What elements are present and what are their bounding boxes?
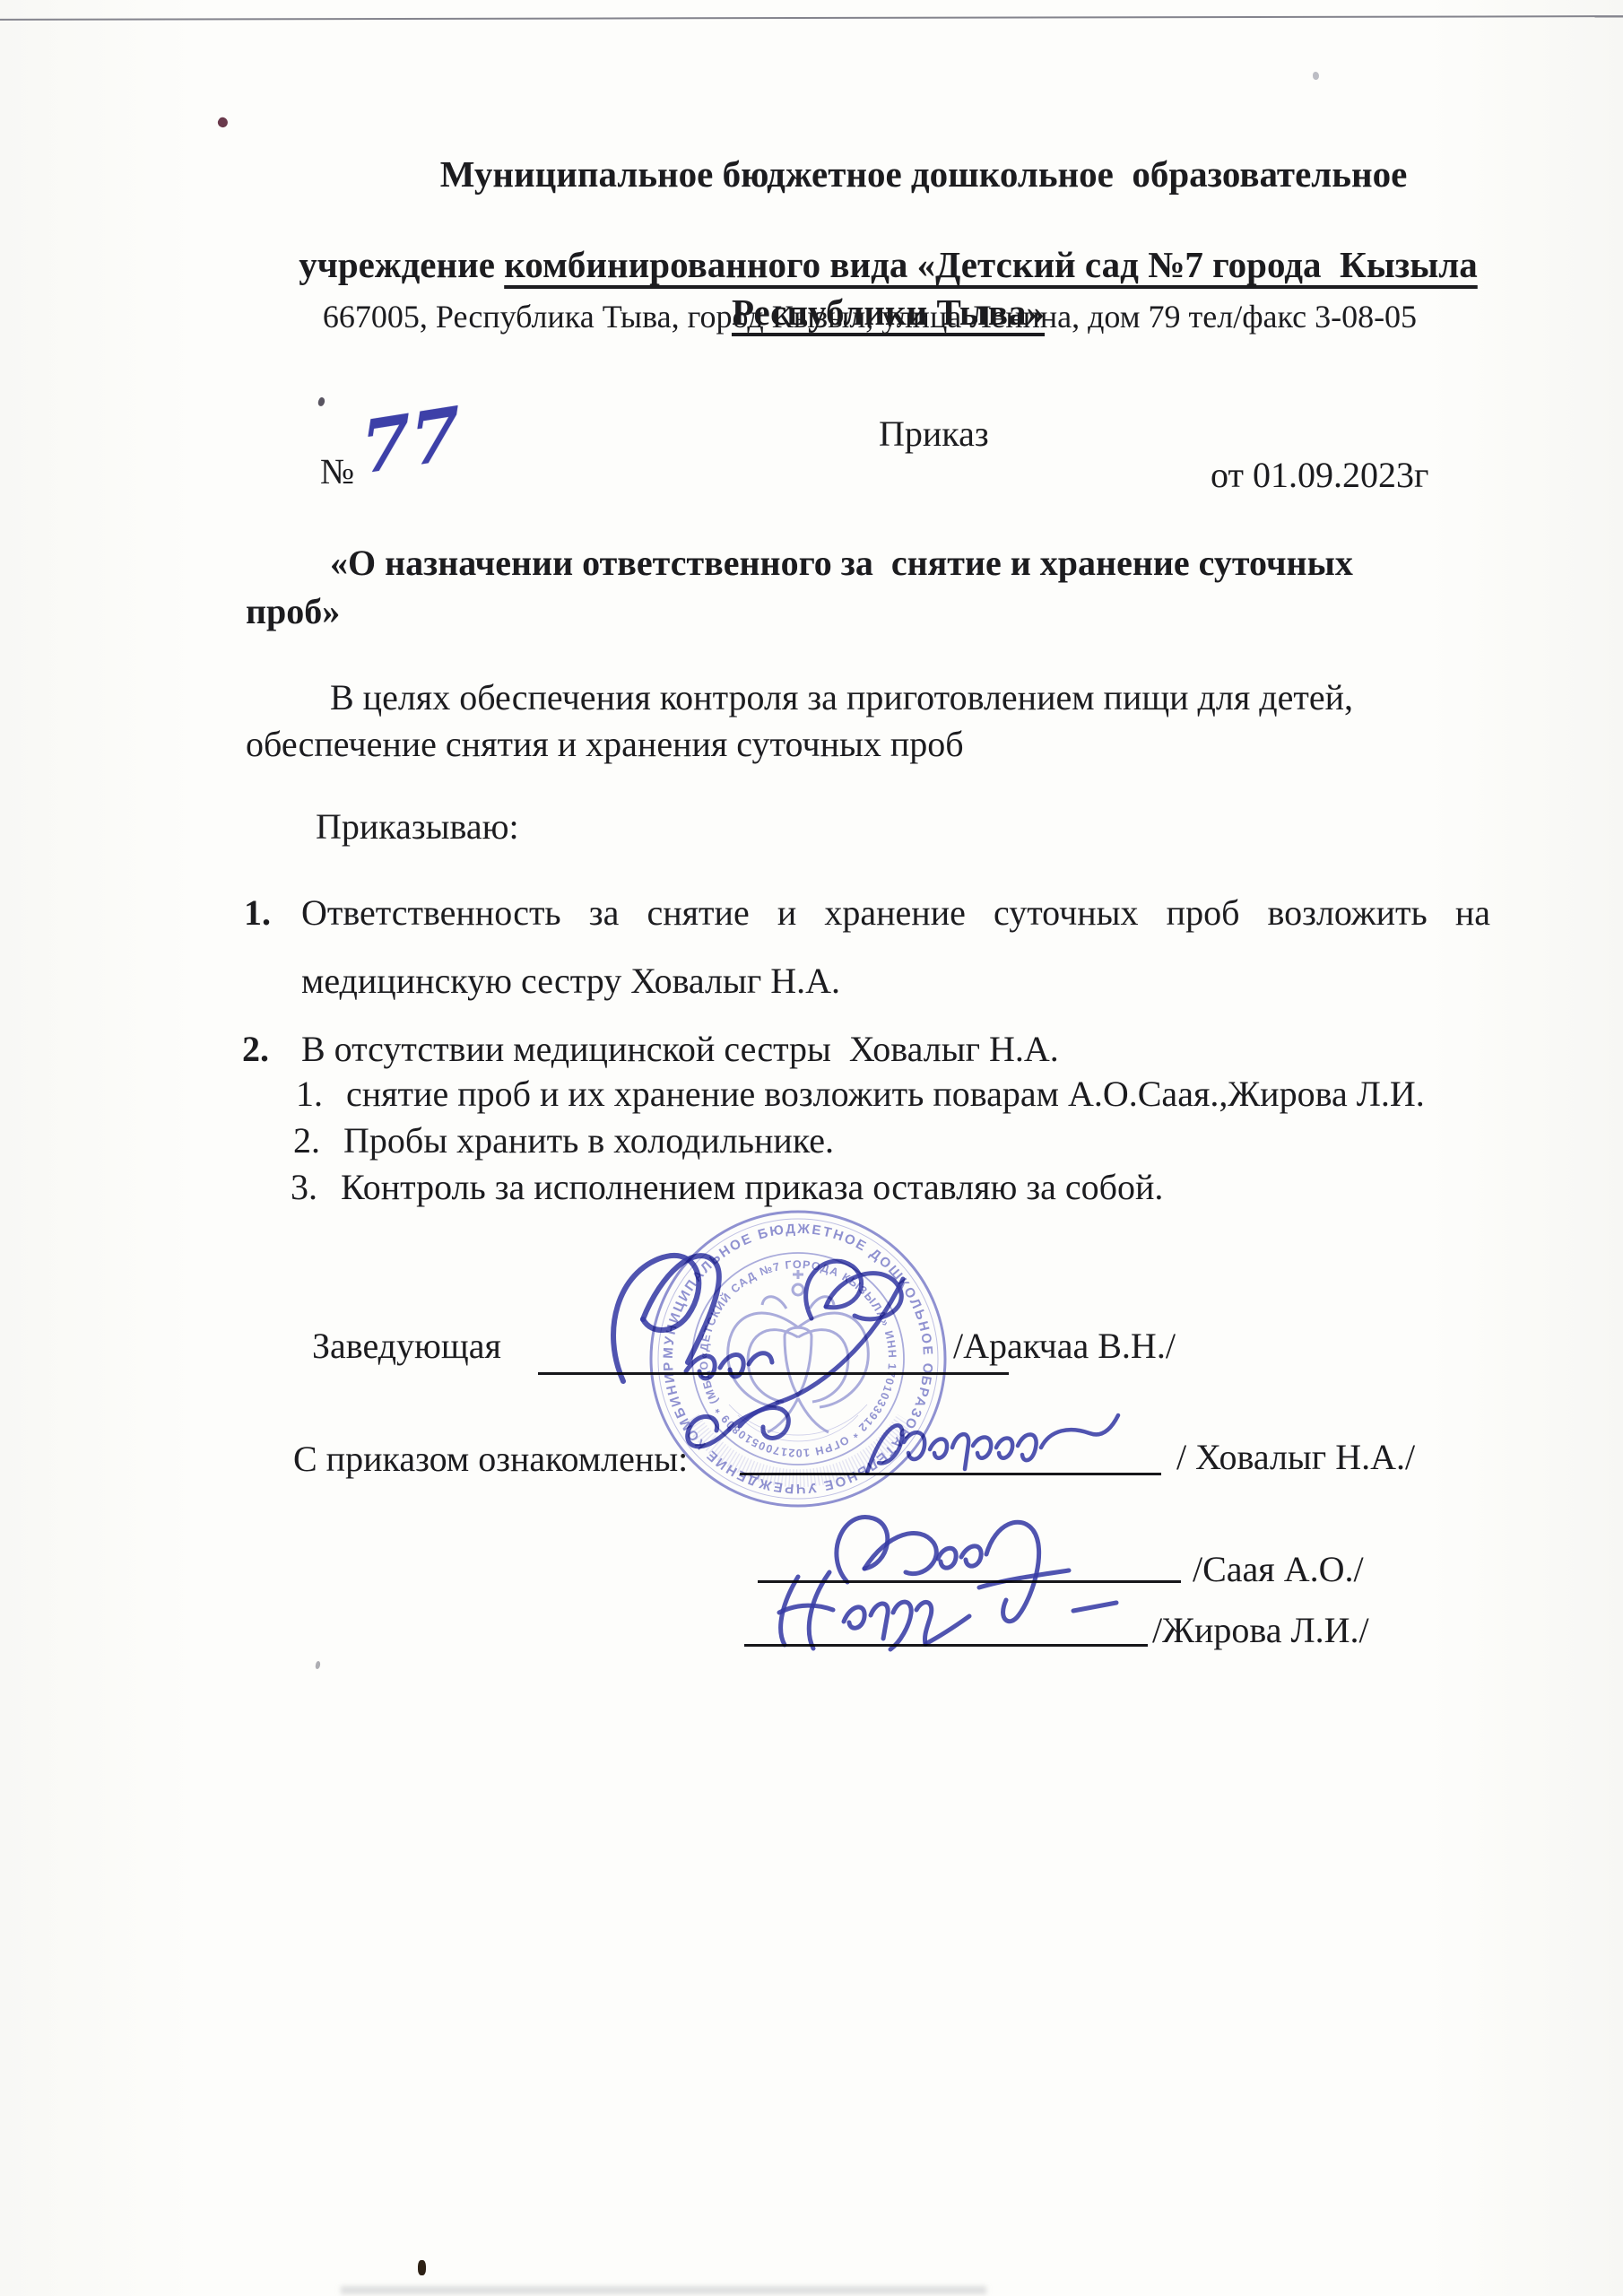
scan-edge-shadow: [341, 2286, 986, 2294]
org-address: 667005, Республика Тыва, город Кызыл, ул…: [215, 298, 1524, 335]
ack3-name: /Жирова Л.И./: [1152, 1609, 1369, 1651]
item2-text: В отсутствии медицинской сестры Ховалыг …: [301, 1028, 1059, 1070]
scan-speck: [216, 116, 230, 129]
order-subject-line1: «О назначении ответственного за снятие и…: [330, 542, 1353, 584]
scan-speck: [418, 2260, 426, 2275]
scan-speck: [317, 396, 326, 407]
item1-line1: Ответственность за снятие и хранение сут…: [301, 891, 1490, 934]
scanned-order-document: Муниципальное бюджетное дошкольное образ…: [0, 0, 1623, 2296]
item1-line2: медицинскую сестру Ховалыг Н.А.: [301, 960, 840, 1002]
subitem1-text: снятие проб и их хранение возложить пова…: [346, 1073, 1425, 1115]
scan-speck: [1313, 72, 1319, 80]
ack1-name: / Ховалыг Н.А./: [1176, 1436, 1415, 1478]
ack2-name: /Саая А.О./: [1193, 1548, 1364, 1590]
item2-marker: 2.: [242, 1028, 269, 1070]
preamble-line1: В целях обеспечения контроля за приготов…: [330, 676, 1353, 718]
order-number-handwritten: 77: [360, 390, 461, 491]
subitem2-text: Пробы хранить в холодильнике.: [343, 1119, 834, 1161]
order-date: от 01.09.2023г: [1211, 454, 1428, 496]
subitem1-marker: 1.: [296, 1073, 323, 1115]
scan-edge-line: [0, 15, 1623, 21]
order-subject-line2: проб»: [246, 590, 340, 632]
scan-speck: [315, 1661, 321, 1670]
item1-marker: 1.: [244, 891, 271, 934]
subitem3-marker: 3.: [291, 1166, 317, 1208]
org-name-line1: Муниципальное бюджетное дошкольное образ…: [269, 152, 1578, 196]
ack-signature-zhirova: [758, 1562, 1143, 1657]
head-name: /Аракчаа В.Н./: [953, 1325, 1176, 1367]
resolution-word: Приказываю:: [316, 805, 519, 848]
doc-type-title: Приказ: [879, 413, 989, 455]
preamble-line2: обеспечение снятия и хранения суточных п…: [246, 723, 964, 765]
order-number-sign: №: [320, 450, 354, 492]
head-title-label: Заведующая: [312, 1325, 501, 1367]
subitem2-marker: 2.: [293, 1119, 320, 1161]
